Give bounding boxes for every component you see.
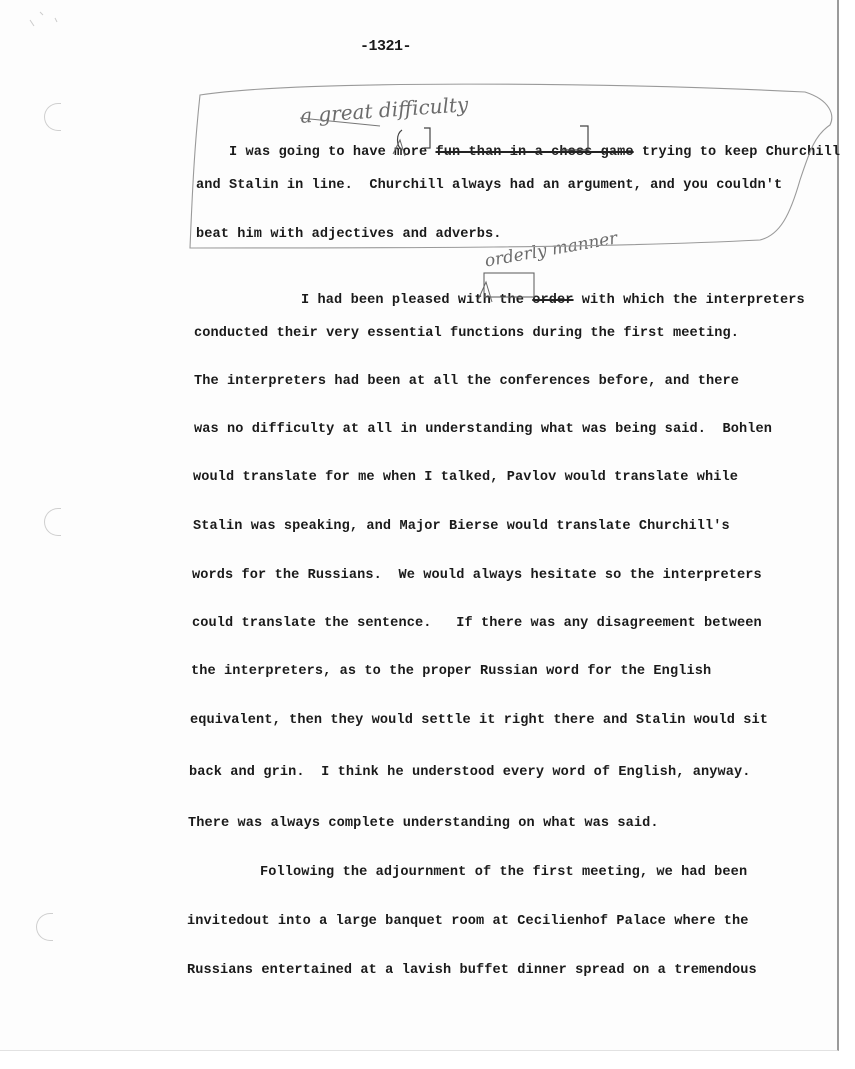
text-line: conducted their very essential functions…: [194, 326, 739, 342]
document-page: -1321- I was going to have more fun than…: [0, 0, 839, 1051]
text-line: and Stalin in line. Churchill always had…: [196, 178, 782, 194]
handwritten-insert-great-difficulty: a great difficulty: [299, 92, 469, 128]
page-number: -1321-: [360, 38, 411, 55]
text-segment: trying to keep Churchill: [634, 145, 840, 160]
text-line: Following the adjournment of the first m…: [260, 865, 747, 881]
text-line: The interpreters had been at all the con…: [194, 374, 739, 390]
text-line: could translate the sentence. If there w…: [192, 616, 762, 632]
binder-hole-mark: [44, 103, 61, 131]
text-segment: I had been pleased with the: [301, 293, 532, 308]
binder-hole-mark: [36, 913, 53, 941]
text-line: Russians entertained at a lavish buffet …: [187, 963, 757, 979]
text-line: back and grin. I think he understood eve…: [189, 765, 751, 781]
handwritten-insert-orderly-manner: orderly manner: [483, 228, 619, 271]
text-line: equivalent, then they would settle it ri…: [190, 713, 768, 729]
text-line: the interpreters, as to the proper Russi…: [191, 664, 711, 680]
struck-text: order: [532, 293, 573, 308]
binder-hole-mark: [44, 508, 61, 536]
text-line: invitedout into a large banquet room at …: [187, 914, 749, 930]
text-line: I was going to have more fun than in a c…: [196, 129, 840, 177]
text-line: beat him with adjectives and adverbs.: [196, 227, 502, 243]
text-line: words for the Russians. We would always …: [192, 568, 762, 584]
text-line: Stalin was speaking, and Major Bierse wo…: [193, 519, 730, 535]
text-line: I had been pleased with the order with w…: [268, 277, 805, 325]
struck-text: fun than in a chess game: [435, 145, 633, 160]
text-segment: with which the interpreters: [574, 293, 805, 308]
text-line: There was always complete understanding …: [188, 816, 659, 832]
text-line: would translate for me when I talked, Pa…: [193, 470, 738, 486]
text-line: was no difficulty at all in understandin…: [194, 422, 772, 438]
text-segment: I was going to have more: [229, 145, 435, 160]
